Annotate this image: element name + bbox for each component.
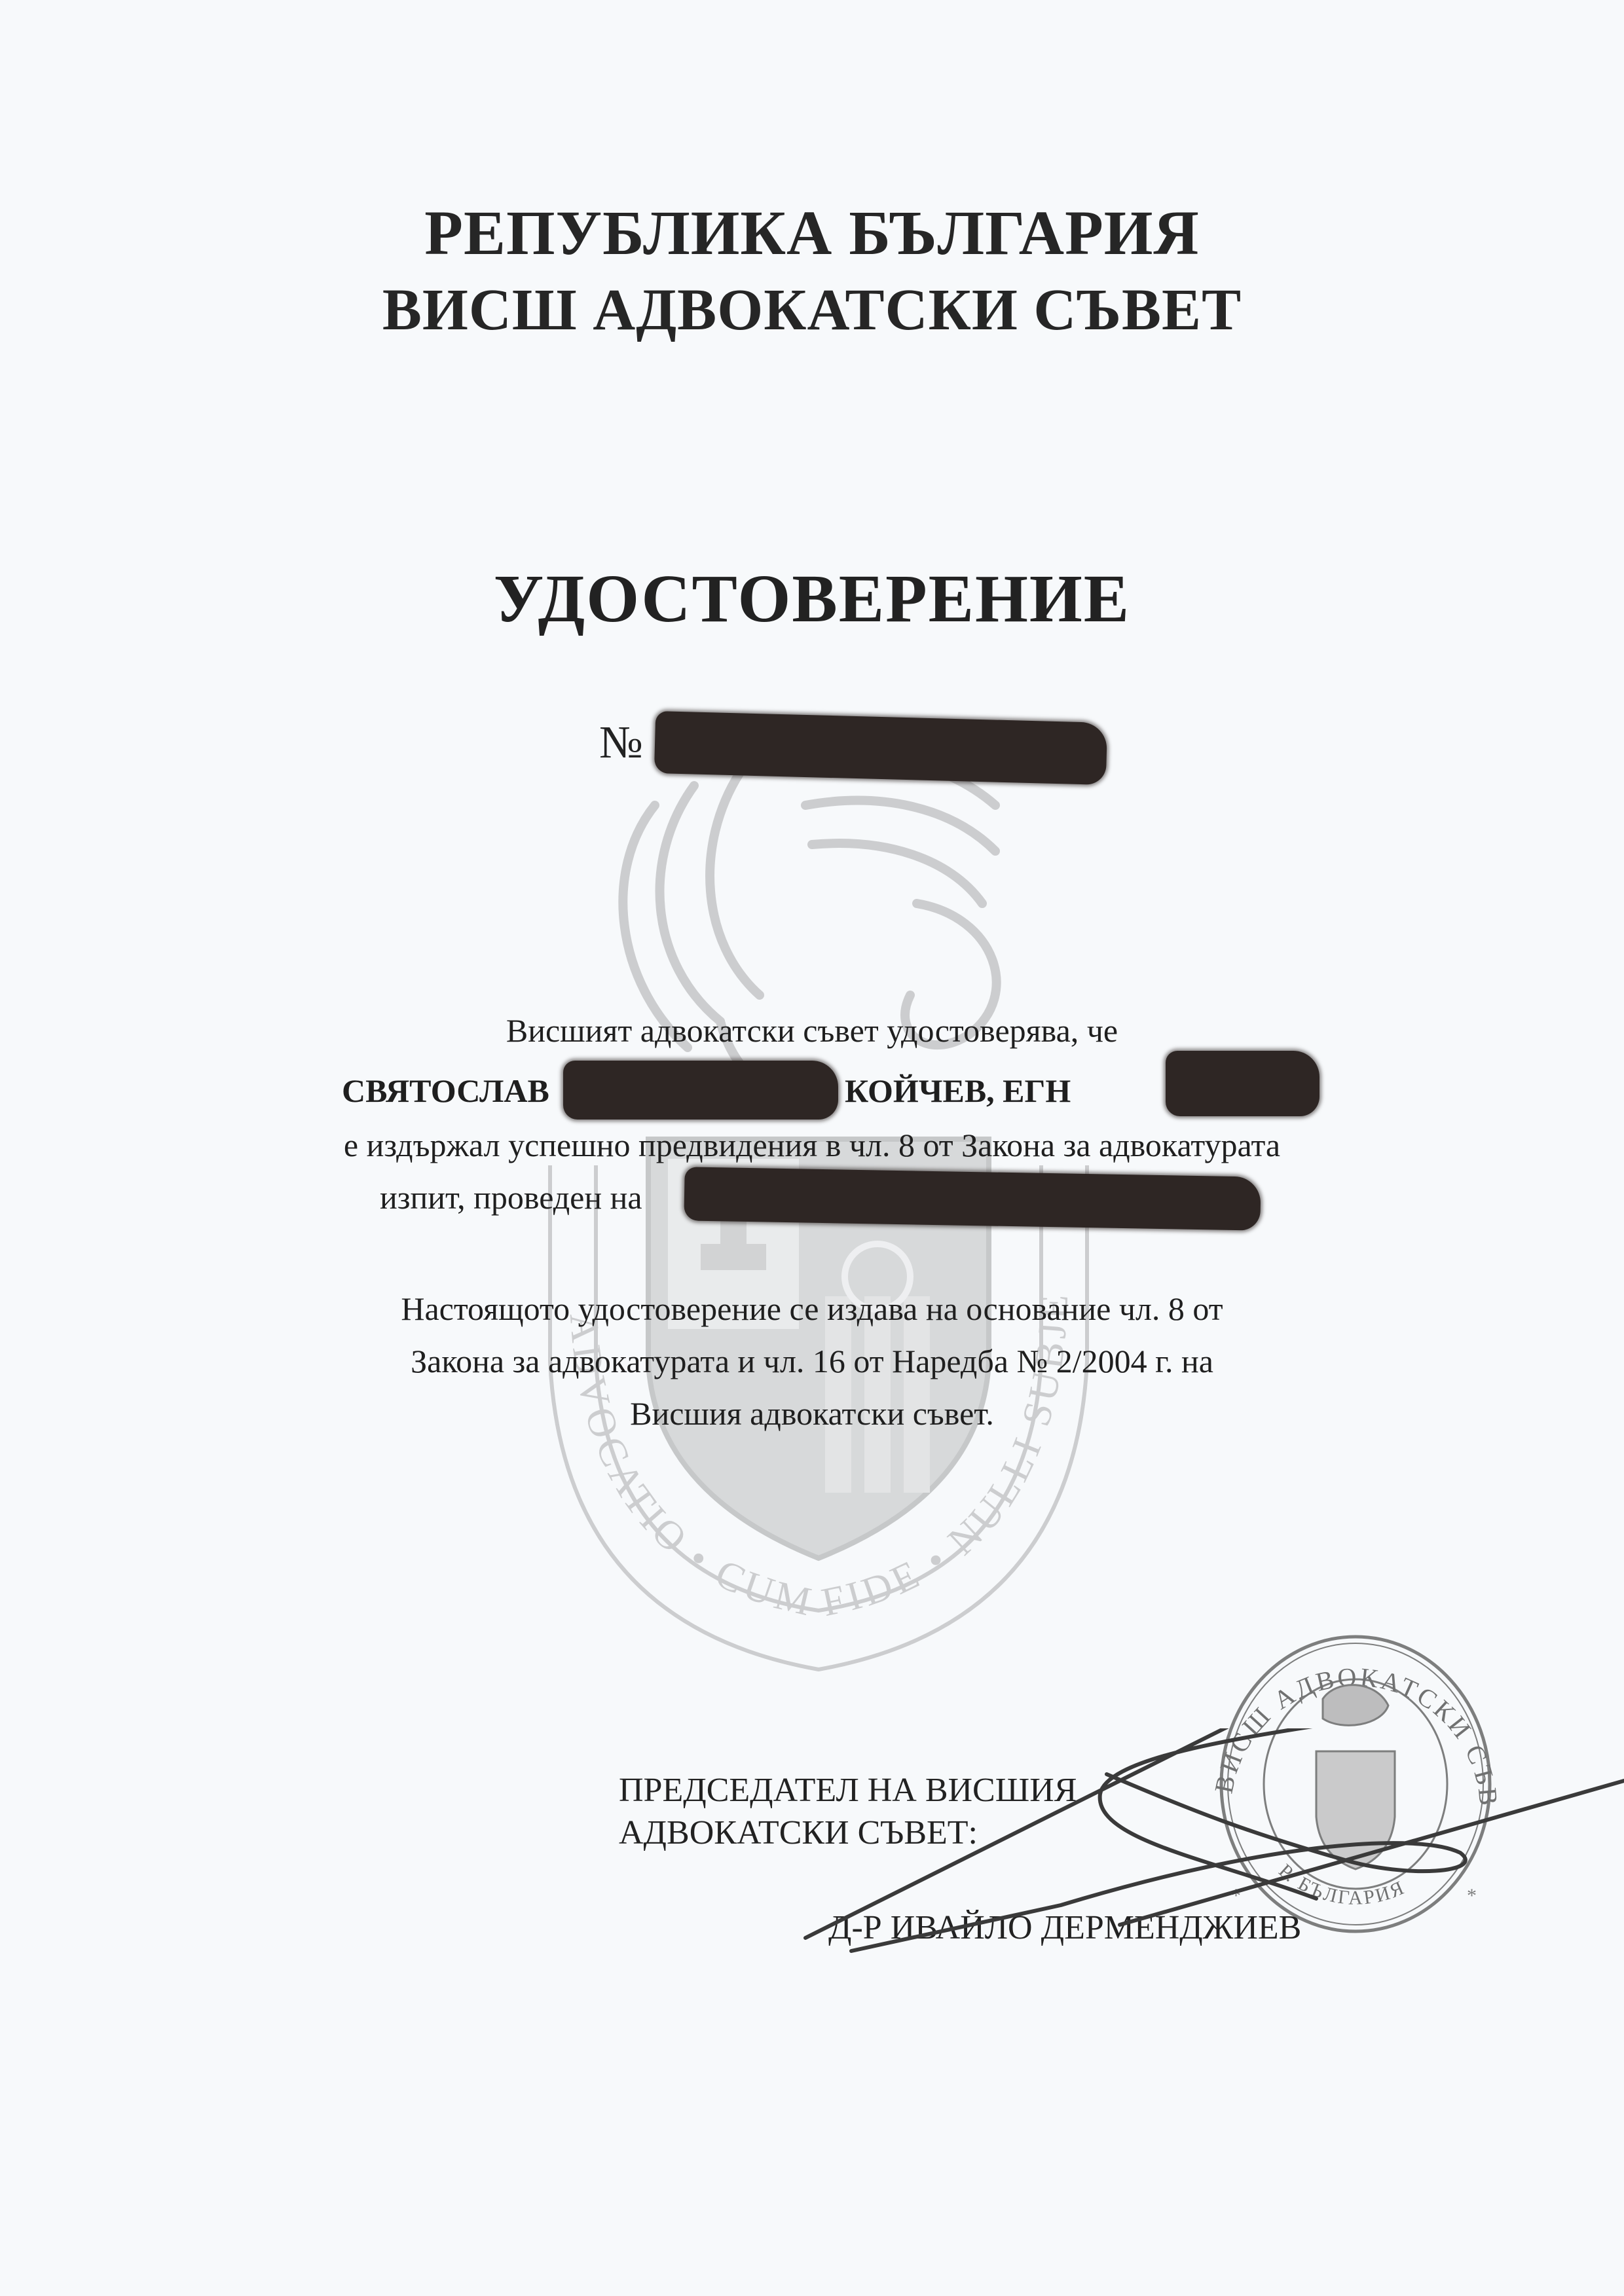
holder-last-name-egn: КОЙЧЕВ, ЕГН bbox=[845, 1072, 1071, 1110]
redacted-middle-name bbox=[563, 1061, 838, 1120]
redacted-egn bbox=[1166, 1051, 1319, 1116]
certifies-line: Висшият адвокатски съвет удостоверява, ч… bbox=[0, 1011, 1624, 1049]
country-heading: РЕПУБЛИКА БЪЛГАРИЯ bbox=[0, 196, 1624, 269]
exam-passed-line: е издържал успешно предвидения в чл. 8 о… bbox=[0, 1126, 1624, 1164]
basis-line-3: Висшия адвокатски съвет. bbox=[0, 1394, 1624, 1432]
basis-line-1: Настоящото удостоверение се издава на ос… bbox=[0, 1290, 1624, 1328]
certificate-number: № bbox=[599, 717, 643, 769]
number-sign: № bbox=[599, 718, 643, 768]
holder-first-name: СВЯТОСЛАВ bbox=[342, 1072, 549, 1110]
council-heading: ВИСШ АДВОКАТСКИ СЪВЕТ bbox=[0, 276, 1624, 344]
document-title: УДОСТОВЕРЕНИЕ bbox=[0, 560, 1624, 638]
redacted-certificate-number bbox=[654, 711, 1107, 785]
redacted-exam-date bbox=[684, 1167, 1261, 1230]
basis-line-2: Закона за адвокатурата и чл. 16 от Наред… bbox=[0, 1342, 1624, 1380]
exam-date-label: изпит, проведен на bbox=[380, 1178, 642, 1216]
handwritten-signature bbox=[753, 1728, 1624, 1977]
certificate-page: ADVOCATIO • CUM FIDE • NULLI SUBJECTA РЕ… bbox=[0, 0, 1624, 2296]
